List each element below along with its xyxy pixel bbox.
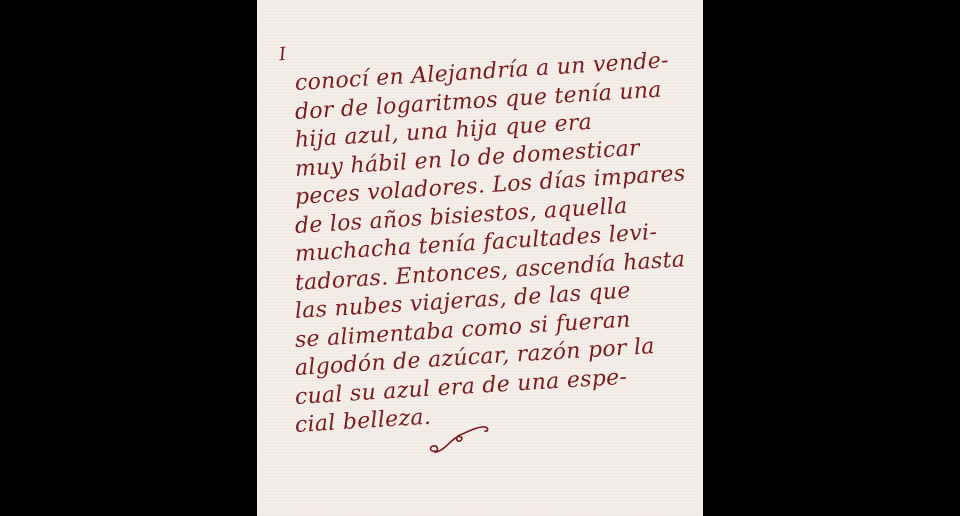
chapter-number: I bbox=[278, 44, 287, 66]
viewer-background: I conocí en Alejandría a un vende- dor d… bbox=[0, 0, 960, 516]
flourish-icon bbox=[427, 420, 493, 460]
handwritten-text: conocí en Alejandría a un vende- dor de … bbox=[295, 70, 695, 441]
handwritten-page: I conocí en Alejandría a un vende- dor d… bbox=[257, 0, 703, 516]
